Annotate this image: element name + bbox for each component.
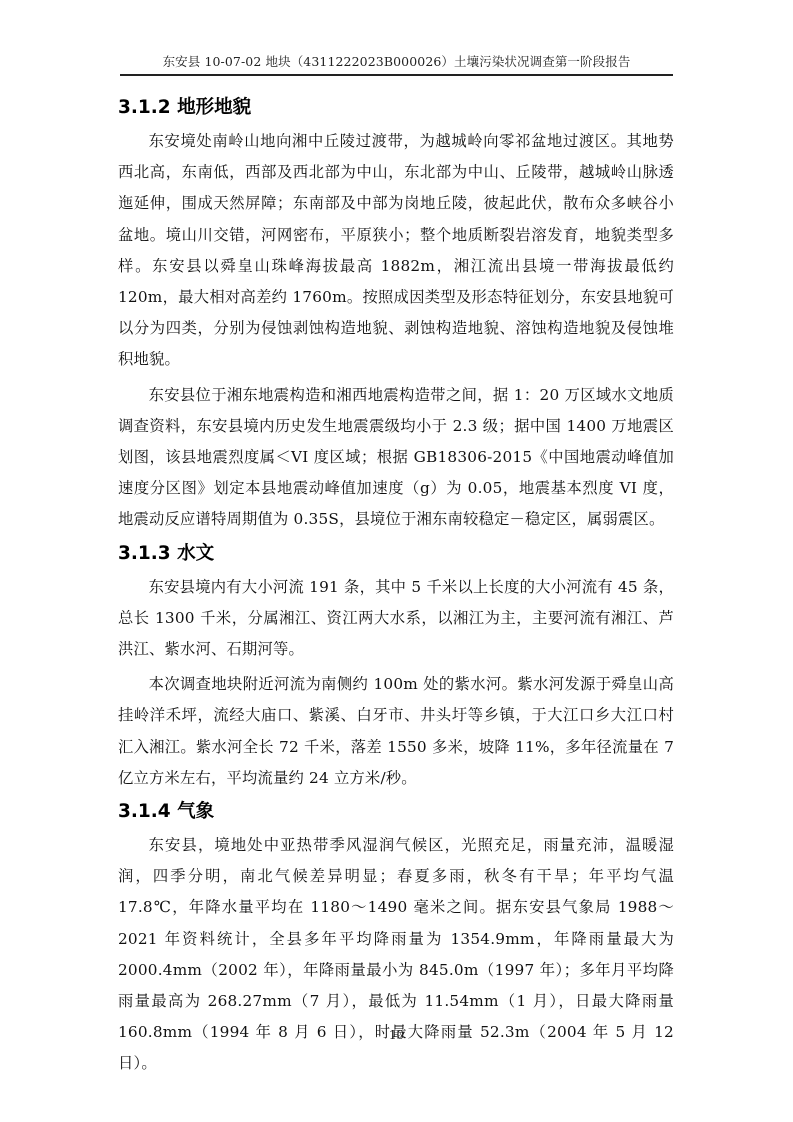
section-topography: 3.1.2 地形地貌 东安境处南岭山地向湘中丘陵过渡带，为越城岭向零祁盆地过渡区… xyxy=(118,94,674,536)
paragraph: 东安县，境地处中亚热带季风湿润气候区，光照充足，雨量充沛，温暖湿润，四季分明，南… xyxy=(118,830,674,1080)
paragraph: 东安县位于湘东地震构造和湘西地震构造带之间，据 1：20 万区域水文地质调查资料… xyxy=(118,380,674,536)
page-number: 10 xyxy=(0,1028,793,1042)
section-heading: 3.1.3 水文 xyxy=(118,540,674,568)
document-title: 东安县 10-07-02 地块（4311222023B000026）土壤污染状况… xyxy=(163,54,631,69)
paragraph: 东安县境内有大小河流 191 条，其中 5 千米以上长度的大小河流有 45 条，… xyxy=(118,572,674,666)
page-header: 东安县 10-07-02 地块（4311222023B000026）土壤污染状况… xyxy=(120,54,673,76)
paragraph: 东安境处南岭山地向湘中丘陵过渡带，为越城岭向零祁盆地过渡区。其地势西北高，东南低… xyxy=(118,126,674,376)
paragraph: 本次调查地块附近河流为南侧约 100m 处的紫水河。紫水河发源于舜皇山高挂岭洋禾… xyxy=(118,669,674,794)
section-heading: 3.1.4 气象 xyxy=(118,798,674,826)
section-heading: 3.1.2 地形地貌 xyxy=(118,94,674,122)
section-hydrology: 3.1.3 水文 东安县境内有大小河流 191 条，其中 5 千米以上长度的大小… xyxy=(118,540,674,794)
document-body: 3.1.2 地形地貌 东安境处南岭山地向湘中丘陵过渡带，为越城岭向零祁盆地过渡区… xyxy=(118,94,674,1084)
